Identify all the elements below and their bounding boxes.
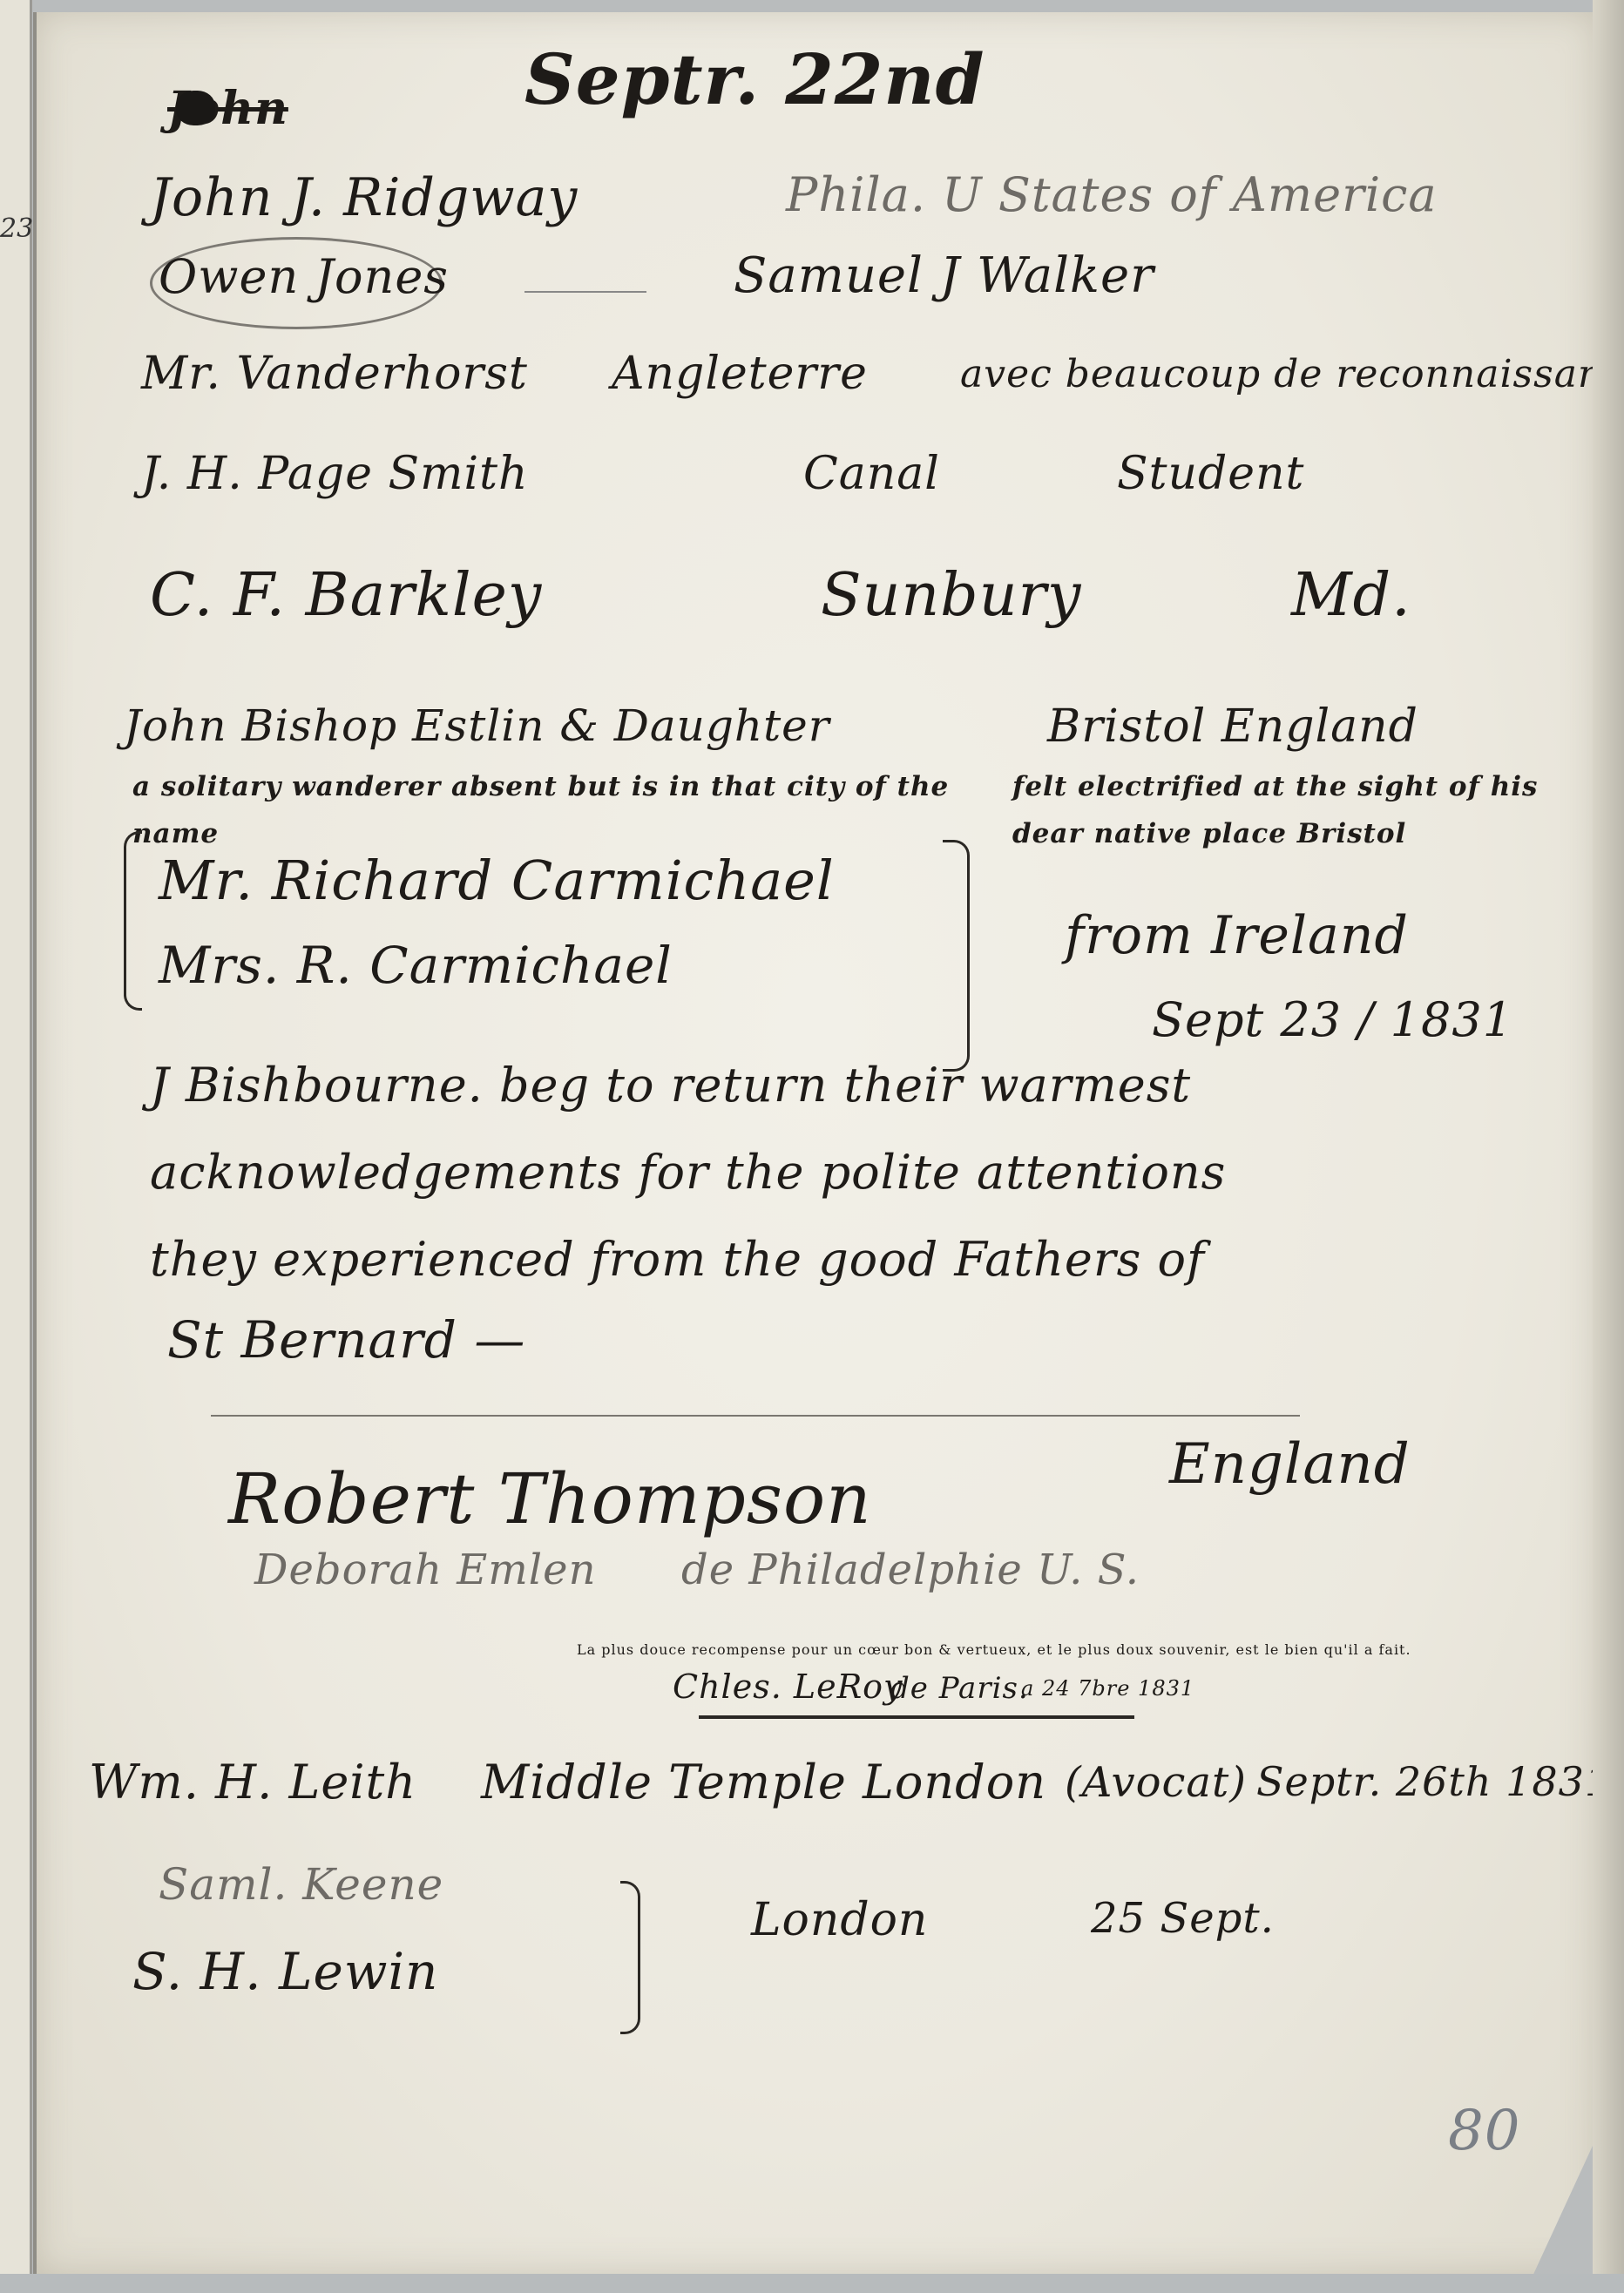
entry-note: avec beaucoup de reconnaissance bbox=[960, 352, 1624, 396]
entry-name: Mr. Vanderhorst bbox=[141, 348, 528, 400]
entry-name: Samuel J Walker bbox=[734, 247, 1154, 304]
entry-place: London bbox=[751, 1894, 928, 1946]
entry-note-right: felt electrified at the sight of his dea… bbox=[1012, 763, 1587, 857]
right-brace bbox=[620, 1881, 640, 2034]
entry-text: St Bernard — bbox=[167, 1310, 525, 1370]
binding-edge bbox=[1593, 0, 1624, 2293]
facing-page-edge: 23, bbox=[0, 0, 32, 2293]
signature-underline bbox=[699, 1715, 1134, 1719]
entry-note-left: a solitary wanderer absent but is in tha… bbox=[132, 763, 1012, 857]
entry-date: Sept 23 / 1831 bbox=[1152, 992, 1513, 1047]
page-date-heading: Septr. 22nd bbox=[524, 38, 985, 120]
entry-name: Owen Jones bbox=[159, 249, 449, 304]
dash bbox=[524, 291, 646, 293]
register-page: John Septr. 22nd John J. Ridgway Phila. … bbox=[33, 12, 1596, 2274]
entry-date: a 24 7bre 1831 bbox=[1021, 1676, 1194, 1701]
motto: La plus douce recompense pour un cœur bo… bbox=[577, 1641, 1411, 1658]
left-brace bbox=[124, 831, 142, 1011]
entry-name: Saml. Keene bbox=[159, 1859, 443, 1910]
entry-name: John Bishop Estlin & Daughter bbox=[124, 700, 830, 751]
entry-name: Wm. H. Leith bbox=[89, 1755, 416, 1809]
entry-name: Mrs. R. Carmichael bbox=[159, 936, 673, 995]
entry-text: acknowledgements for the polite attentio… bbox=[150, 1145, 1226, 1200]
page-number: 80 bbox=[1448, 2099, 1520, 2163]
entry-place: Sunbury bbox=[821, 561, 1081, 630]
entry-place: Phila. U States of America bbox=[786, 167, 1438, 222]
entry-note: Student bbox=[1117, 448, 1304, 500]
entry-name: Deborah Emlen bbox=[254, 1546, 596, 1594]
entry-date: Septr. 26th 1831 bbox=[1256, 1758, 1611, 1805]
entry-date: 25 Sept. bbox=[1091, 1894, 1275, 1943]
right-brace bbox=[943, 840, 970, 1072]
entry-place: Angleterre bbox=[612, 348, 868, 400]
entry-name: Robert Thompson bbox=[228, 1458, 872, 1539]
entry-name: Mr. Richard Carmichael bbox=[159, 849, 835, 912]
entry-name: Chles. LeRoy bbox=[673, 1667, 903, 1706]
entry-place: de Philadelphie U. S. bbox=[681, 1546, 1140, 1594]
entry-text: J Bishbourne. beg to return their warmes… bbox=[150, 1058, 1191, 1113]
entry-name: S. H. Lewin bbox=[132, 1942, 438, 2001]
entry-place: Canal bbox=[803, 448, 940, 500]
entry-place: de Paris. bbox=[890, 1671, 1029, 1706]
entry-text: they experienced from the good Fathers o… bbox=[150, 1232, 1205, 1287]
entry-name: John J. Ridgway bbox=[150, 167, 578, 228]
section-divider bbox=[211, 1415, 1300, 1417]
ink-blot bbox=[176, 91, 215, 125]
entry-note: Md. bbox=[1291, 561, 1411, 630]
entry-note: (Avocat) bbox=[1065, 1758, 1247, 1807]
entry-name: J. H. Page Smith bbox=[141, 448, 528, 500]
entry-place: from Ireland bbox=[1065, 905, 1409, 966]
entry-place: Middle Temple London bbox=[481, 1755, 1046, 1809]
entry-place: Bristol England bbox=[1047, 700, 1418, 753]
entry-name: C. F. Barkley bbox=[150, 561, 542, 630]
scan-background bbox=[0, 2274, 1624, 2293]
entry-place: England bbox=[1169, 1432, 1411, 1497]
